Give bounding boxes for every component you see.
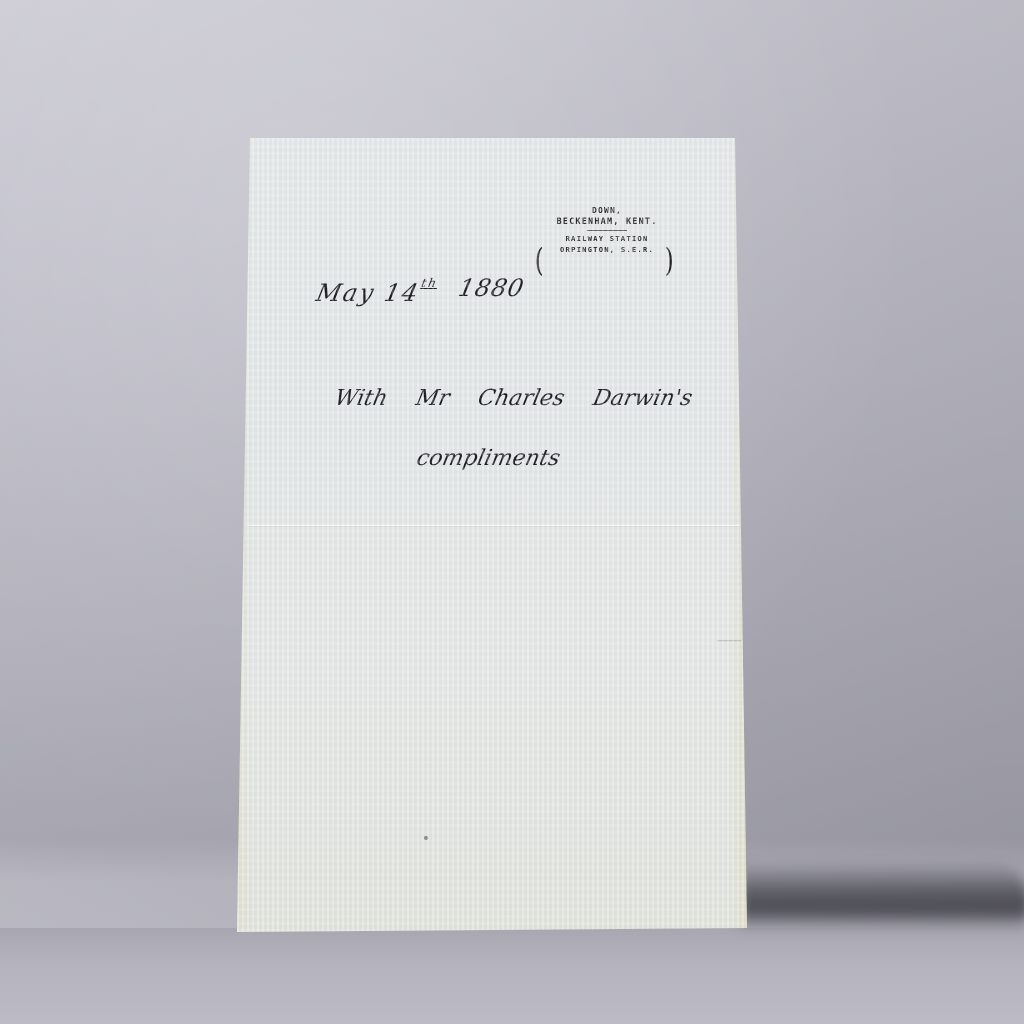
letterhead-railway: RAILWAY STATION [527,234,687,243]
left-bracket-icon: ( [535,241,544,279]
date-suffix: th [420,276,440,290]
handwritten-date: May 14th [314,276,440,307]
handwritten-line-2: compliments [414,446,562,471]
floor-surface [0,928,1024,1024]
letterhead-town: BECKENHAM, KENT. [527,217,687,227]
letterhead-station: ORPINGTON, S.E.R. [527,245,687,254]
letterhead-rule [587,230,627,231]
ink-speck [424,836,428,840]
fold-line [249,525,739,526]
handwritten-year: 1880 [456,274,527,302]
date-month-day: May 14 [314,279,423,307]
letterhead-village: DOWN, [527,206,687,215]
paper-shadow [740,862,1024,930]
fold-line [717,640,741,641]
letter-paper: DOWN, BECKENHAM, KENT. RAILWAY STATION O… [237,138,747,932]
right-bracket-icon: ) [665,241,674,279]
letterhead: DOWN, BECKENHAM, KENT. RAILWAY STATION O… [527,206,687,254]
handwritten-line-1: With Mr Charles Darwin's [332,386,694,411]
